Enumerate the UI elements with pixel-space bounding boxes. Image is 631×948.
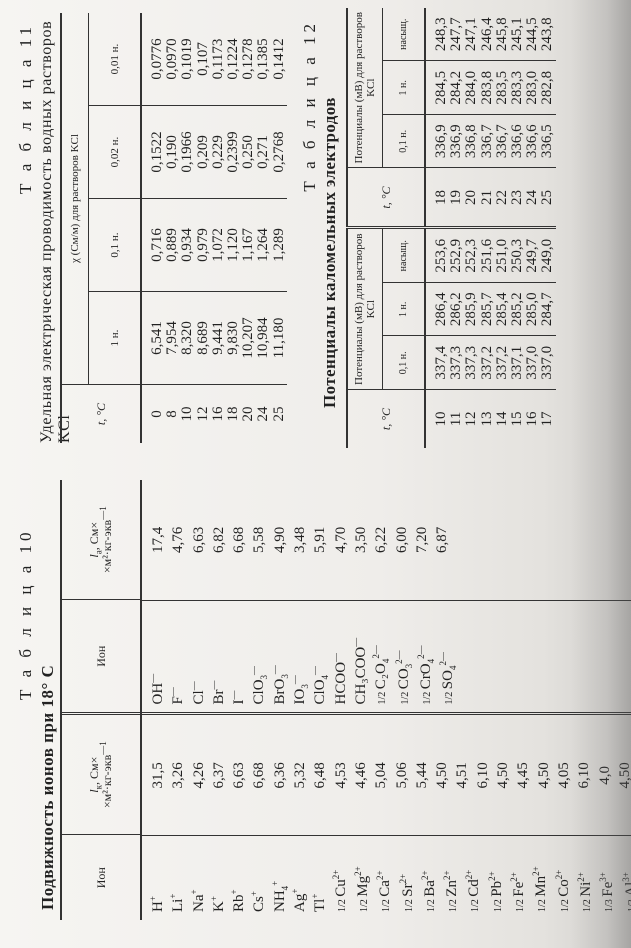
ion-charge: — — [331, 653, 341, 662]
ion-formula: Cl — [191, 690, 207, 704]
potential-cell: 337,0 — [525, 337, 540, 390]
cation-mobility-value: 6,68 — [249, 715, 269, 835]
header-subcolumns: 0,1 н. 1 н. насыщ. — [383, 230, 424, 390]
ion-formula: C₂O — [373, 663, 389, 689]
cation-mobility-value: 5,32 — [290, 715, 310, 835]
cation-mobility-value: 4,50 — [534, 715, 554, 835]
ion-formula: H — [150, 901, 166, 912]
ion-charge: 2+ — [464, 870, 474, 880]
cation-ion: 1/2 Fe2+ — [509, 836, 531, 912]
ion-formula: Ca — [377, 880, 393, 897]
ion-charge: 2+ — [487, 871, 497, 881]
conductivity-cell: 1,120 — [226, 199, 241, 291]
ion-fraction: 1/2 — [422, 689, 433, 704]
anion-ion: 1/2 CO32— — [394, 601, 416, 705]
potential-cell: 336,7 — [480, 115, 495, 168]
cation-mobility-value: 4,53 — [331, 715, 351, 835]
temperature-cell: 24 — [525, 169, 540, 227]
conductivity-cell: 8,320 — [180, 292, 195, 384]
header-la: lа, См× ×м²·кг-экв—1 — [62, 480, 140, 600]
potential-cell: 247,7 — [449, 8, 464, 61]
header-temperature: t, °C — [62, 384, 140, 443]
value-column-saturated: 253,6252,9252,3251,6251,0250,3249,7249,0 — [426, 230, 556, 283]
cation-mobility-value: 4,0 — [595, 715, 615, 835]
anion-ion: ClO3— — [249, 601, 269, 705]
cation-ion: 1/2 Mn2+ — [531, 836, 553, 912]
anion-mobility-value: 6,87 — [432, 480, 452, 600]
ion-fraction: 1/3 — [627, 897, 631, 912]
cation-ion: K+ — [209, 836, 229, 912]
conductivity-cell: 0,1019 — [180, 13, 195, 105]
conductivity-cell: 0,250 — [241, 106, 256, 198]
table-body: 0810121618202425 6,5417,9548,3208,6899,4… — [142, 13, 287, 443]
potential-cell: 248,3 — [434, 8, 449, 61]
conductivity-cell: 6,541 — [150, 292, 165, 384]
anion-ion: IO3— — [290, 601, 310, 705]
potential-cell: 286,4 — [434, 283, 449, 336]
cation-mobility-value: 4,50 — [432, 715, 452, 835]
la-units-sup: —1 — [98, 506, 108, 520]
table-left-half: t, °C Потенциалы (мВ) для растворов KCl … — [346, 227, 556, 449]
ion-charge: 3+ — [621, 872, 631, 882]
conductivity-cell: 0,1224 — [226, 13, 241, 105]
potential-cell: 249,0 — [540, 230, 555, 283]
scanned-book-page: Т а б л и ц а 10 Подвижность ионов при 1… — [0, 0, 631, 948]
anion-mobility-value: 6,82 — [209, 480, 229, 600]
ion-formula: Ni — [578, 882, 594, 897]
ion-formula: F — [170, 696, 186, 704]
cation-ion-column: H+Li+Na+K+Rb+Cs+NH4+Ag+Tl+1/2 Cu2+1/2 Mg… — [142, 835, 631, 920]
table-11: Т а б л и ц а 11 Удельная электрическая … — [0, 13, 300, 443]
temperature-cell: 17 — [540, 390, 555, 448]
potential-cell: 283,3 — [510, 62, 525, 115]
cation-mobility-value: 4,05 — [554, 715, 574, 835]
ion-charge: + — [168, 894, 178, 899]
ion-subscript: 3 — [259, 675, 269, 680]
ion-fraction: 1/2 — [400, 689, 411, 704]
ion-formula: K — [211, 901, 227, 912]
ion-fraction: 1/2 — [404, 897, 415, 912]
potential-cell: 337,1 — [510, 337, 525, 390]
ion-formula: Li — [170, 899, 186, 912]
value-column-1n: 286,4286,2285,9285,7285,4285,2285,0284,7 — [426, 282, 556, 336]
ion-charge: + — [249, 891, 259, 896]
header-0-1n: 0,1 н. — [383, 336, 424, 390]
temperature-cell: 16 — [211, 385, 226, 443]
header-1n: 1 н. — [89, 291, 140, 384]
conductivity-cell: 0,1173 — [211, 13, 226, 105]
ion-formula: Mn — [533, 876, 549, 897]
temperature-cell: 12 — [196, 385, 211, 443]
header-ion-cation: Ион — [62, 834, 140, 920]
cation-mobility-value: 4,45 — [513, 715, 533, 835]
ion-fraction: 1/2 — [515, 897, 526, 912]
ion-formula: Fe — [600, 882, 616, 897]
table-12: Т а б л и ц а 12 Потенциалы каломельных … — [300, 8, 631, 448]
temperature-cell: 8 — [165, 385, 180, 443]
lk-units-sup: —1 — [98, 741, 108, 755]
ion-fraction: 1/2 — [426, 897, 437, 912]
ion-fraction: 1/2 — [444, 689, 455, 704]
cation-mobility-value: 6,63 — [229, 715, 249, 835]
table-header: Ион lк, См× ×м²·кг-экв—1 Ион lа, См× ×м²… — [60, 480, 142, 920]
ion-formula: Br — [211, 689, 227, 704]
cation-mobility-value: 4,50 — [493, 715, 513, 835]
ion-fraction: 1/2 — [537, 897, 548, 912]
anion-ion: OH— — [148, 601, 168, 705]
conductivity-cell: 10,207 — [241, 292, 256, 384]
header-1n: 1 н. — [383, 282, 424, 336]
ion-formula: Pb — [489, 881, 505, 897]
anion-mobility-value: 6,00 — [392, 480, 412, 600]
lk-units-2: ×м²·кг-экв — [100, 755, 114, 808]
temperature-cell: 11 — [449, 390, 464, 448]
table-number: Т а б л и ц а 11 — [16, 23, 36, 194]
temperature-column: 0810121618202425 — [142, 384, 287, 443]
potential-cell: 286,2 — [449, 283, 464, 336]
temperature-cell: 21 — [480, 169, 495, 227]
anion-ion: I— — [229, 601, 249, 705]
temperature-cell: 24 — [256, 385, 271, 443]
header-ion-anion: Ион — [62, 600, 140, 711]
header-group: Потенциалы (мВ) для растворов KCl 0,1 н.… — [348, 230, 424, 390]
conductivity-cell: 0,1522 — [150, 106, 165, 198]
temperature-cell: 0 — [150, 385, 165, 443]
conductivity-cell: 10,984 — [256, 292, 271, 384]
ion-charge: 2+ — [509, 872, 519, 882]
ion-charge: — — [189, 681, 199, 690]
value-column-0-1n: 336,9336,9336,8336,7336,7336,6336,6336,5 — [426, 114, 556, 168]
cation-mobility-value: 4,50 — [615, 715, 631, 835]
ion-formula: Al — [623, 882, 631, 897]
ion-fraction: 1/2 — [470, 897, 481, 912]
potential-cell: 245,8 — [495, 8, 510, 61]
ion-charge: 2— — [371, 645, 381, 659]
temperature-cell: 15 — [510, 390, 525, 448]
la-units-2: ×м²·кг-экв — [100, 520, 114, 573]
conductivity-cell: 0,0970 — [165, 13, 180, 105]
value-column-0-01n: 0,07760,09700,10190,1070,11730,12240,127… — [142, 13, 287, 105]
potential-cell: 249,7 — [525, 230, 540, 283]
potential-cell: 253,6 — [434, 230, 449, 283]
ion-formula: OH — [150, 683, 166, 705]
ion-charge: 2+ — [420, 870, 430, 880]
header-group-title: Потенциалы (мВ) для растворов KCl — [348, 230, 383, 390]
ion-charge: — — [290, 675, 300, 684]
header-0-1n: 0,1 н. — [89, 198, 140, 291]
conductivity-cell: 9,441 — [211, 292, 226, 384]
cation-ion: H+ — [148, 836, 168, 912]
potential-cell: 336,9 — [434, 115, 449, 168]
potential-cell: 252,3 — [464, 230, 479, 283]
ion-formula: HCOO — [333, 662, 349, 705]
anion-mobility-value: 6,68 — [229, 480, 249, 600]
cation-mobility-value: 31,5 — [148, 715, 168, 835]
header-subcolumns: 1 н. 0,1 н. 0,02 н. 0,01 н. — [89, 13, 140, 384]
anion-mobility-value: 6,63 — [189, 480, 209, 600]
header-0-02n: 0,02 н. — [89, 105, 140, 198]
ion-fraction: 1/2 — [337, 897, 348, 912]
ion-charge: + — [209, 896, 219, 901]
potential-cell: 336,5 — [540, 115, 555, 168]
temperature-cell: 18 — [226, 385, 241, 443]
ion-formula: CrO — [418, 663, 434, 689]
potential-cell: 246,4 — [480, 8, 495, 61]
cation-ion: Li+ — [168, 836, 188, 912]
potential-cell: 336,6 — [525, 115, 540, 168]
table-header: t, °C χ (См/м) для растворов KCl 1 н. 0,… — [60, 13, 142, 443]
cation-ion: 1/2 Cu2+ — [331, 836, 353, 912]
anion-ion: CH₃COO— — [351, 601, 371, 705]
anion-mobility-value: 3,50 — [351, 480, 371, 600]
cation-ion: 1/2 Ba2+ — [420, 836, 442, 912]
cation-mobility-value: 3,26 — [168, 715, 188, 835]
cation-mobility-value: 6,10 — [574, 715, 594, 835]
cation-mobility-value: 6,36 — [270, 715, 290, 835]
anion-ion: 1/2 SO42— — [438, 601, 460, 705]
ion-charge: 2+ — [576, 872, 586, 882]
ion-charge: — — [310, 666, 320, 675]
conductivity-cell: 9,830 — [226, 292, 241, 384]
potential-cell: 285,0 — [525, 283, 540, 336]
temperature-cell: 10 — [180, 385, 195, 443]
ion-formula: BrO — [272, 679, 288, 705]
potential-cell: 337,4 — [434, 337, 449, 390]
header-group: χ (См/м) для растворов KCl 1 н. 0,1 н. 0… — [62, 13, 140, 384]
ion-formula: ClO — [312, 679, 328, 704]
potential-cell: 337,3 — [464, 337, 479, 390]
cation-value-column: 31,53,264,266,376,636,686,365,326,484,53… — [142, 712, 631, 835]
ion-subscript: 3 — [300, 684, 310, 689]
cation-ion: Tl+ — [310, 836, 330, 912]
potential-cell: 336,8 — [464, 115, 479, 168]
potential-cell: 337,0 — [540, 337, 555, 390]
cation-mobility-value: 6,10 — [473, 715, 493, 835]
potential-cell: 284,7 — [540, 283, 555, 336]
cation-mobility-value: 6,48 — [310, 715, 330, 835]
anion-mobility-value: 6,22 — [371, 480, 391, 600]
ion-charge: 2— — [416, 645, 426, 659]
table-body: 1819202122232425 336,9336,9336,8336,7336… — [426, 8, 556, 227]
header-saturated: насыщ. — [383, 8, 424, 61]
anion-ion-column: OH—F—Cl—Br—I—ClO3—BrO3—IO3—ClO4—HCOO—CH₃… — [142, 601, 631, 713]
conductivity-cell: 0,271 — [256, 106, 271, 198]
potential-cell: 251,6 — [480, 230, 495, 283]
cation-mobility-value: 5,04 — [371, 715, 391, 835]
ion-fraction: 1/2 — [448, 897, 459, 912]
cation-ion: 1/2 Zn2+ — [442, 836, 464, 912]
ion-formula: SO — [440, 670, 456, 689]
temperature-cell: 23 — [510, 169, 525, 227]
table-grid: t, °C χ (См/м) для растворов KCl 1 н. 0,… — [60, 13, 287, 443]
conductivity-cell: 0,979 — [196, 199, 211, 291]
conductivity-cell: 0,716 — [150, 199, 165, 291]
lk-units: , См× — [87, 757, 101, 785]
potential-cell: 336,6 — [510, 115, 525, 168]
ion-charge: — — [209, 680, 219, 689]
ion-charge: + — [310, 894, 320, 899]
potential-cell: 282,8 — [540, 62, 555, 115]
potential-cell: 243,8 — [540, 8, 555, 61]
header-lk: lк, См× ×м²·кг-экв—1 — [62, 712, 140, 834]
anion-mobility-value: 5,91 — [310, 480, 330, 600]
ion-subscript: 4 — [320, 675, 330, 680]
ion-fraction: 1/2 — [582, 897, 593, 912]
value-column-0-1n: 0,7160,8890,9340,9791,0721,1201,1671,264… — [142, 198, 287, 291]
conductivity-cell: 0,107 — [196, 13, 211, 105]
anion-mobility-value: 17,4 — [148, 480, 168, 600]
cation-ion: 1/2 Ca2+ — [375, 836, 397, 912]
ion-charge: + — [290, 889, 300, 894]
value-column-0-1n: 337,4337,3337,3337,2337,2337,1337,0337,0 — [426, 336, 556, 390]
header-group-title: Потенциалы (мВ) для растворов KCl — [348, 8, 383, 168]
value-column-saturated: 248,3247,7247,1246,4245,8245,1244,5243,8 — [426, 8, 556, 61]
temperature-cell: 18 — [434, 169, 449, 227]
cation-mobility-value: 6,37 — [209, 715, 229, 835]
cation-mobility-value: 4,26 — [189, 715, 209, 835]
potential-cell: 284,5 — [434, 62, 449, 115]
ion-formula: Ba — [422, 880, 438, 897]
potential-cell: 285,9 — [464, 283, 479, 336]
conductivity-cell: 0,934 — [180, 199, 195, 291]
ion-formula: CH₃COO — [353, 647, 369, 705]
table-number: Т а б л и ц а 12 — [300, 20, 320, 192]
potential-cell: 247,1 — [464, 8, 479, 61]
conductivity-cell: 0,190 — [165, 106, 180, 198]
ion-formula: Cu — [333, 879, 349, 897]
ion-subscript: 4 — [448, 666, 458, 671]
cation-ion: 1/2 Sr2+ — [398, 836, 420, 912]
conductivity-cell: 11,180 — [272, 292, 287, 384]
ion-fraction: 1/2 — [377, 689, 388, 704]
potential-cell: 337,2 — [480, 337, 495, 390]
table-title: Подвижность ионов при 18° С — [38, 665, 58, 910]
cation-ion: 1/3 Al3+ — [621, 836, 631, 912]
temperature-cell: 22 — [495, 169, 510, 227]
ion-fraction: 1/2 — [493, 897, 504, 912]
potential-cell: 337,3 — [449, 337, 464, 390]
ion-formula: ClO — [251, 679, 267, 704]
ion-formula: Co — [556, 879, 572, 897]
ion-fraction: 1/2 — [381, 897, 392, 912]
header-temperature: t, °C — [348, 168, 424, 227]
la-units: , См× — [87, 522, 101, 550]
ion-fraction: 1/2 — [560, 897, 571, 912]
anion-mobility-value: 3,48 — [290, 480, 310, 600]
ion-fraction: 1/3 — [604, 897, 615, 912]
temperature-cell: 12 — [464, 390, 479, 448]
ion-formula: NH — [272, 890, 288, 912]
temperature-cell: 19 — [449, 169, 464, 227]
ion-charge: + — [189, 889, 199, 894]
cation-ion: 1/2 Mg2+ — [353, 836, 375, 912]
cation-ion: 1/2 Pb2+ — [487, 836, 509, 912]
cation-ion: 1/2 Co2+ — [554, 836, 576, 912]
cation-ion: 1/2 Cd2+ — [464, 836, 486, 912]
value-column-1n: 284,5284,2284,0283,8283,5283,3283,0282,8 — [426, 61, 556, 115]
ion-formula: Tl — [312, 899, 328, 912]
ion-formula: Fe — [511, 882, 527, 897]
header-temperature: t, °C — [348, 389, 424, 448]
ion-formula: IO — [292, 689, 308, 705]
ion-charge: — — [168, 687, 178, 696]
anion-ion: 1/2 CrO42— — [416, 601, 438, 705]
table-right-half: t, °C Потенциалы (мВ) для растворов KCl … — [346, 8, 556, 227]
value-column-0-02n: 0,15220,1900,19660,2090,2290,23990,2500,… — [142, 105, 287, 198]
ion-charge: 2+ — [554, 870, 564, 880]
temperature-cell: 25 — [540, 169, 555, 227]
ion-subscript: 4 — [280, 886, 290, 891]
conductivity-cell: 1,289 — [272, 199, 287, 291]
header-0-1n: 0,1 н. — [383, 114, 424, 168]
potential-cell: 285,7 — [480, 283, 495, 336]
potential-cell: 251,0 — [495, 230, 510, 283]
ion-subscript: 4 — [381, 659, 391, 664]
conductivity-cell: 0,1412 — [272, 13, 287, 105]
table-header: t, °C Потенциалы (мВ) для растворов KCl … — [346, 8, 426, 227]
header-0-01n: 0,01 н. — [89, 13, 140, 105]
ion-formula: Zn — [444, 880, 460, 897]
potential-cell: 285,2 — [510, 283, 525, 336]
anion-ion: ClO4— — [310, 601, 330, 705]
ion-formula: Na — [191, 895, 207, 913]
conductivity-cell: 0,209 — [196, 106, 211, 198]
conductivity-cell: 0,889 — [165, 199, 180, 291]
conductivity-cell: 0,0776 — [150, 13, 165, 105]
ion-formula: Cd — [466, 879, 482, 897]
temperature-cell: 25 — [272, 385, 287, 443]
ion-charge: — — [270, 665, 280, 674]
ion-charge: 2+ — [531, 866, 541, 876]
potential-cell: 283,8 — [480, 62, 495, 115]
cation-ion: Rb+ — [229, 836, 249, 912]
table-body: H+Li+Na+K+Rb+Cs+NH4+Ag+Tl+1/2 Cu2+1/2 Mg… — [142, 480, 631, 920]
table-body: 1011121314151617 337,4337,3337,3337,2337… — [426, 230, 556, 449]
temperature-cell: 10 — [434, 390, 449, 448]
conductivity-cell: 0,1966 — [180, 106, 195, 198]
cation-mobility-value: 5,44 — [412, 715, 432, 835]
ion-charge: — — [249, 666, 259, 675]
value-column-1n: 6,5417,9548,3208,6899,4419,83010,20710,9… — [142, 291, 287, 384]
ion-formula: I — [231, 699, 247, 704]
ion-charge: 2+ — [353, 866, 363, 876]
table-grid: Ион lк, См× ×м²·кг-экв—1 Ион lа, См× ×м²… — [60, 480, 631, 920]
ion-charge: 2+ — [398, 874, 408, 884]
conductivity-cell: 1,264 — [256, 199, 271, 291]
anion-ion: 1/2 C₂O42— — [371, 601, 393, 705]
ion-formula: Sr — [400, 883, 416, 896]
table-number: Т а б л и ц а 10 — [16, 528, 36, 700]
ion-charge: 3+ — [598, 872, 608, 882]
potential-cell: 250,3 — [510, 230, 525, 283]
potential-cell: 244,5 — [525, 8, 540, 61]
la-symbol: l — [87, 554, 101, 557]
anion-ion: Cl— — [189, 601, 209, 705]
ion-charge: 2+ — [375, 870, 385, 880]
ion-charge: — — [148, 674, 158, 683]
conductivity-cell: 1,167 — [241, 199, 256, 291]
temperature-column: 1819202122232425 — [426, 168, 556, 227]
temperature-cell: 20 — [241, 385, 256, 443]
anion-mobility-value: 4,70 — [331, 480, 351, 600]
header-group-title: χ (См/м) для растворов KCl — [62, 13, 89, 384]
temperature-cell: 14 — [495, 390, 510, 448]
cation-ion: Na+ — [189, 836, 209, 912]
temperature-cell: 13 — [480, 390, 495, 448]
cation-mobility-value: 4,51 — [452, 715, 472, 835]
ion-charge: 2— — [438, 652, 448, 666]
ion-formula: CO — [396, 668, 412, 689]
